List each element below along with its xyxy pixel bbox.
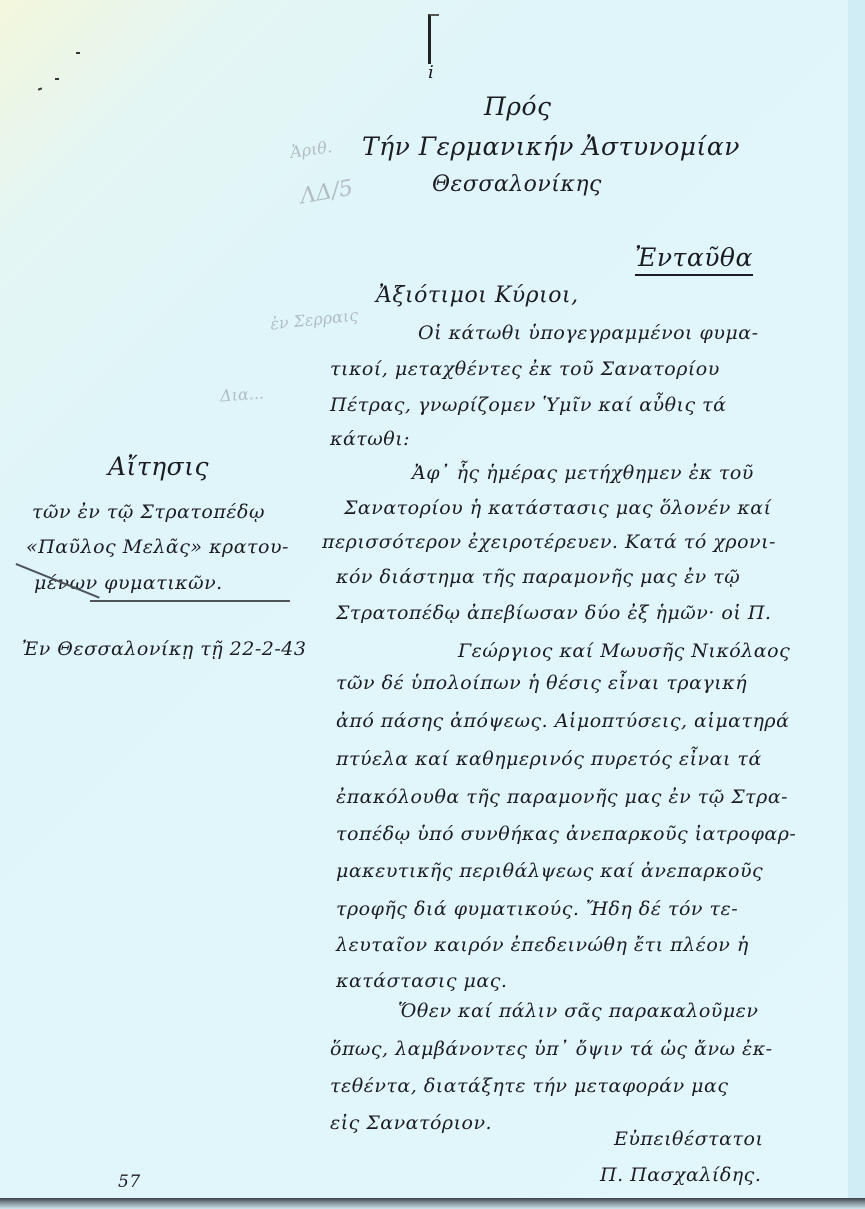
ink-speck	[38, 87, 42, 90]
signature: Π. Πασχαλίδης.	[600, 1164, 761, 1186]
body-line: πτύελα καί καθημερινός πυρετός εἶναι τά	[336, 748, 762, 770]
body-line: Ἀφ᾽ ἧς ἡμέρας μετήχθημεν ἐκ τοῦ	[412, 462, 754, 484]
closing-line: εἰς Σανατόριον.	[330, 1112, 492, 1134]
body-line: τροφῆς διά φυματικούς. Ἤδη δέ τόν τε-	[336, 898, 738, 920]
body-line: Στρατοπέδῳ ἀπεβίωσαν δύο ἐξ ἡμῶν· οἱ Π.	[336, 602, 771, 624]
body-line: Σανατορίου ἡ κατάστασις μας ὅλονέν καί	[344, 497, 772, 519]
signoff: Εὐπειθέστατοι	[614, 1128, 763, 1150]
margin-bracket-line	[90, 600, 290, 602]
body-line: κάτωθι:	[330, 428, 410, 450]
closing-line: τεθέντα, διατάξητε τήν μεταφοράν μας	[330, 1075, 729, 1097]
closing-line: Ὅθεν καί πάλιν σᾶς παρακαλοῦμεν	[398, 1000, 758, 1022]
document-page: i Ἀριθ. ΛΔ/5 ἐν Σερραις Δια... Πρός Τήν …	[0, 0, 848, 1198]
greeting: Ἀξιότιμοι Κύριοι,	[376, 283, 579, 308]
body-line: μακευτικῆς περιθάλψεως καί ἀνεπαρκοῦς	[336, 860, 763, 882]
margin-note-line: «Παῦλος Μελᾶς» κρατου-	[26, 536, 289, 558]
pencil-annotation: ἐν Σερραις	[269, 305, 359, 333]
margin-note-line: τῶν ἐν τῷ Στρατοπέδῳ	[32, 501, 265, 523]
body-line: Πέτρας, γνωρίζομεν Ὑμῖν καί αὖθις τά	[330, 394, 727, 416]
addressee-location: Ἐνταῦθα	[635, 243, 753, 276]
body-line: τικοί, μεταχθέντες ἐκ τοῦ Σανατορίου	[330, 358, 720, 380]
addressee-line-1: Πρός	[484, 92, 552, 121]
pencil-annotation: Ἀριθ.	[289, 137, 333, 162]
addressee-line-2: Τήν Γερμανικήν Ἀστυνομίαν	[362, 132, 740, 161]
page-number: 57	[118, 1172, 141, 1192]
body-line: κόν διάστημα τῆς παραμονῆς μας ἐν τῷ	[336, 566, 740, 588]
ink-speck	[76, 52, 80, 54]
top-margin-mark	[428, 14, 439, 64]
scan-edge-right	[848, 0, 865, 1209]
top-mark-letter: i	[428, 62, 434, 83]
scan-edge-bottom	[0, 1198, 865, 1209]
body-line: Γεώργιος καί Μωυσῆς Νικόλαος	[458, 640, 790, 662]
margin-note-title: Αἴτησις	[108, 452, 209, 481]
body-line: κατάστασις μας.	[336, 970, 507, 992]
body-line: τῶν δέ ὑπολοίπων ἡ θέσις εἶναι τραγική	[336, 672, 747, 694]
body-line: Οἱ κάτωθι ὑπογεγραμμένοι φυμα-	[418, 322, 759, 344]
body-line: ἀπό πάσης ἀπόψεως. Αἱμοπτύσεις, αἱματηρά	[336, 710, 789, 732]
body-line: περισσότερον ἐχειροτέρευεν. Κατά τό χρον…	[322, 531, 776, 553]
closing-line: ὅπως, λαμβάνοντες ὑπ᾽ ὄψιν τά ὡς ἄνω ἐκ-	[330, 1038, 773, 1060]
date-line: Ἐν Θεσσαλονίκῃ τῇ 22-2-43	[22, 638, 306, 660]
body-line: ἐπακόλουθα τῆς παραμονῆς μας ἐν τῷ Στρα-	[336, 786, 788, 808]
addressee-line-3: Θεσσαλονίκης	[432, 172, 602, 197]
body-line: τοπέδῳ ὑπό συνθήκας ἀνεπαρκοῦς ἰατροφαρ-	[336, 823, 796, 845]
body-line: λευταῖον καιρόν ἐπεδεινώθη ἔτι πλέον ἡ	[336, 934, 749, 956]
pencil-annotation: Δια...	[219, 383, 264, 405]
ink-speck	[55, 78, 59, 80]
pencil-annotation: ΛΔ/5	[298, 176, 355, 210]
